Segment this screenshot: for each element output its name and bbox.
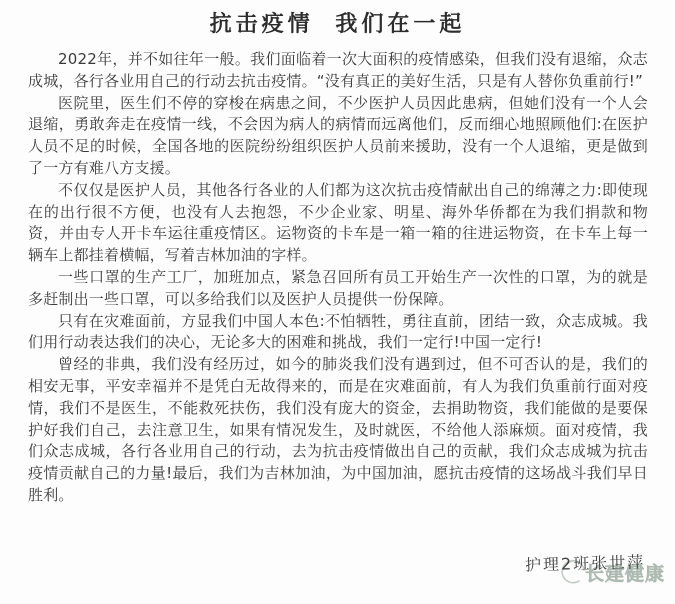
paragraph-3: 不仅仅是医护人员，其他各行各业的人们都为这次抗击疫情献出自己的绵薄之力:即使现在… (28, 180, 648, 267)
paragraph-6: 曾经的非典，我们没有经历过，如今的肺炎我们没有遇到过，但不可否认的是，我们的相安… (28, 354, 648, 507)
paragraph-5: 只有在灾难面前，方显我们中国人本色:不怕牺牲，勇往直前，团结一致，众志成城。我们… (28, 311, 648, 355)
document-title: 抗击疫情 我们在一起 (0, 0, 675, 38)
scanned-essay-page: 抗击疫情 我们在一起 2022年，并不如往年一般。我们面临着一次大面积的疫情感染… (0, 0, 675, 604)
document-body: 2022年，并不如往年一般。我们面临着一次大面积的疫情感染，但我们没有退缩，众志… (0, 38, 675, 507)
author-signature: 护理2班张世萍 (525, 549, 646, 575)
paragraph-4: 一些口罩的生产工厂，加班加点，紧急召回所有员工开始生产一次性的口罩，为的就是多赶… (28, 267, 648, 311)
paragraph-1: 2022年，并不如往年一般。我们面临着一次大面积的疫情感染，但我们没有退缩，众志… (28, 49, 648, 93)
signature-area: 长建健康 护理2班张世萍 (437, 544, 667, 592)
paragraph-2: 医院里，医生们不停的穿梭在病患之间，不少医护人员因此患病，但她们没有一个人会退缩… (28, 93, 648, 180)
